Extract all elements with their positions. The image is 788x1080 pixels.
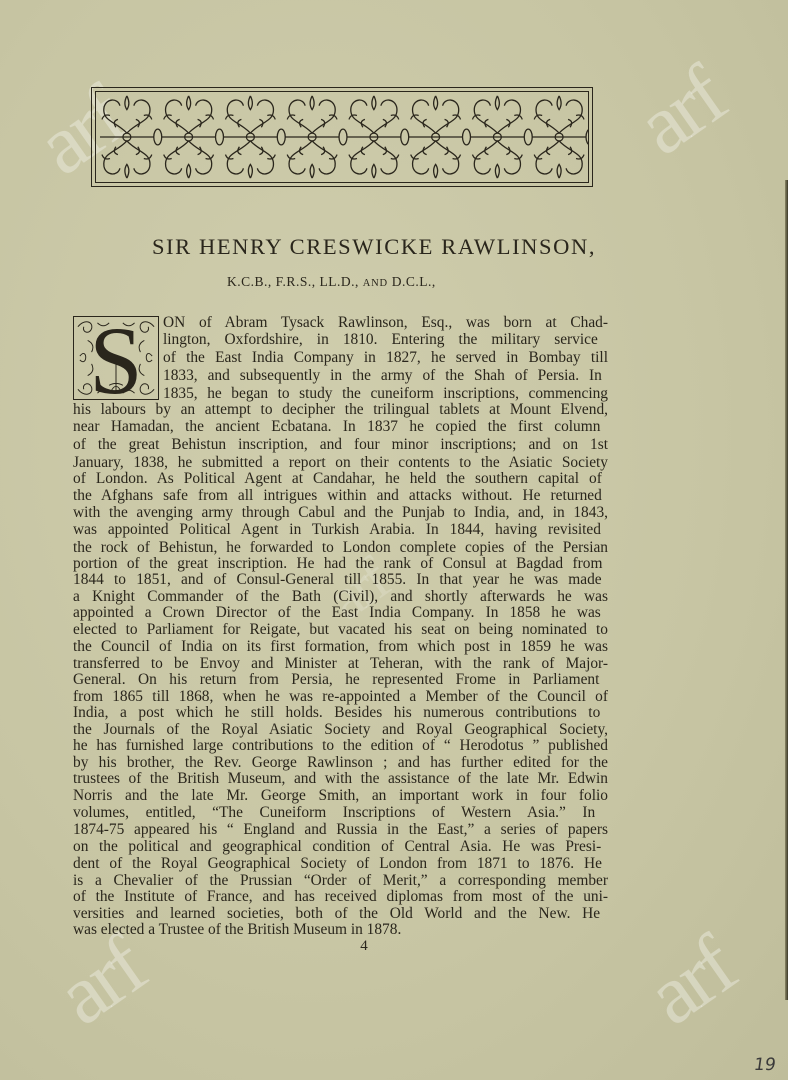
body-line: appointed a Crown Director of the East I… <box>73 605 601 620</box>
body-line: near Hamadan, the ancient Ecbatana. In 1… <box>73 419 600 434</box>
body-line: his labours by an attempt to decipher th… <box>73 402 608 417</box>
body-line: 1844 to 1851, and of Consul-General till… <box>73 572 602 587</box>
body-line: from 1865 till 1868, when he was re-appo… <box>73 689 608 704</box>
body-line: was elected a Trustee of the British Mus… <box>73 922 458 937</box>
honours-subtitle: K.C.B., F.R.S., LL.D., AND D.C.L., <box>227 274 436 290</box>
body-line: with the avenging army through Cabul and… <box>73 505 608 520</box>
body-line: he has furnished large contributions to … <box>73 738 608 753</box>
honours-degrees: K.C.B., F.R.S., LL.D., <box>227 274 359 289</box>
body-line: the Council of India on its first format… <box>73 639 608 654</box>
body-line: trustees of the British Museum, and with… <box>73 771 608 786</box>
page-number: 4 <box>0 938 788 955</box>
body-line: dent of the Royal Geographical Society o… <box>73 856 602 871</box>
body-line: a Knight Commander of the Bath (Civil), … <box>73 589 608 604</box>
ornament-band-icon <box>96 92 588 182</box>
body-line: the Afghans safe from all intrigues with… <box>73 488 602 503</box>
body-line: Norris and the late Mr. George Smith, an… <box>73 788 608 803</box>
body-line: is a Chevalier of the Prussian “Order of… <box>73 873 608 888</box>
body-line: by his brother, the Rev. George Rawlinso… <box>73 755 608 770</box>
body-line: on the political and geographical condit… <box>73 839 601 854</box>
honours-conjunction: AND <box>363 278 388 289</box>
page-title: SIR HENRY CRESWICKE RAWLINSON, <box>0 234 788 260</box>
ornamental-headpiece <box>91 87 593 187</box>
watermark: arf <box>623 54 738 169</box>
body-line: ON of Abram Tysack Rawlinson, Esq., was … <box>163 315 608 330</box>
body-line: of the Institute of France, and has rece… <box>73 889 608 904</box>
honours-last: D.C.L., <box>392 274 436 289</box>
body-line: transferred to be Envoy and Minister at … <box>73 656 608 671</box>
body-line: of the great Behistun inscription, and f… <box>73 437 608 452</box>
body-line: elected to Parliament for Reigate, but v… <box>73 622 608 637</box>
body-line: 1874-75 appeared his “ England and Russi… <box>73 822 608 837</box>
body-line: 1833, and subsequently in the army of th… <box>163 368 602 383</box>
drop-cap: S <box>73 316 159 400</box>
body-line: lington, Oxfordshire, in 1810. Entering … <box>163 332 598 347</box>
body-line: of the East India Company in 1827, he se… <box>163 350 608 365</box>
drop-cap-letter: S <box>74 316 158 400</box>
body-line: January, 1838, he submitted a report on … <box>73 455 608 470</box>
body-line: the rock of Behistun, he forwarded to Lo… <box>73 540 608 555</box>
body-line: of London. As Political Agent at Candaha… <box>73 471 602 486</box>
handwritten-archive-number: 19 <box>753 1055 777 1075</box>
body-line: volumes, entitled, “The Cuneiform Inscri… <box>73 805 595 820</box>
body-line: India, a post which he still holds. Besi… <box>73 705 600 720</box>
body-line: versities and learned societies, both of… <box>73 906 600 921</box>
body-line: was appointed Political Agent in Turkish… <box>73 522 601 537</box>
body-line: General. On his return from Persia, he r… <box>73 672 599 687</box>
body-line: 1835, he began to study the cuneiform in… <box>163 386 608 401</box>
body-line: portion of the great inscription. He had… <box>73 556 602 571</box>
body-line: the Journals of the Royal Asiatic Societ… <box>73 722 608 737</box>
